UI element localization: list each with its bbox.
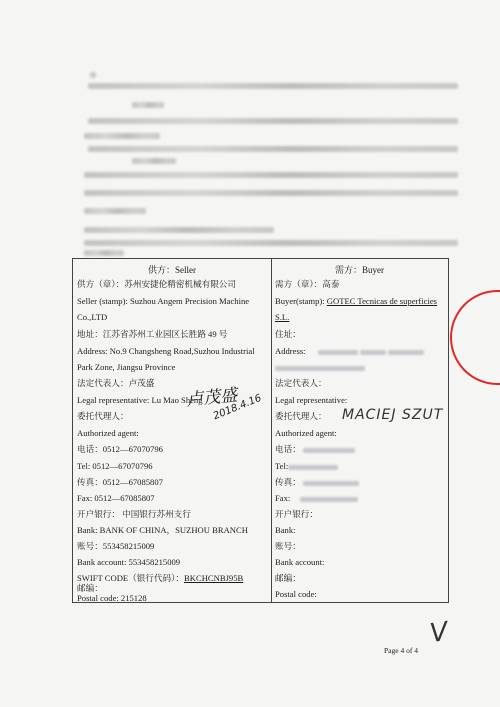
seller-address-cn: 地址：江苏省苏州工业园区长胜路 49 号 bbox=[77, 329, 227, 340]
redacted-value bbox=[300, 497, 358, 502]
seller-address-en: Address: No.9 Changsheng Road,Suzhou Ind… bbox=[77, 346, 255, 357]
buyer-agent-cn: 委托代理人： bbox=[275, 411, 327, 422]
swift-label: SWIFT CODE（银行代码）： bbox=[77, 573, 184, 583]
buyer-tel-en-label: Tel: bbox=[275, 461, 288, 471]
signature-table: 供方：Seller 供方（章）：苏州安捷伦精密机械有限公司 Seller (st… bbox=[72, 258, 449, 603]
swift-value: BKCHCNBJ95B bbox=[184, 573, 243, 583]
seller-address-en-cont: Park Zone, Jiangsu Province bbox=[77, 362, 175, 373]
seller-stamp-en: Seller (stamp): Suzhou Angem Precision M… bbox=[77, 296, 249, 307]
seller-account-cn: 账号：553458215009 bbox=[77, 541, 154, 552]
redacted-value bbox=[388, 350, 424, 355]
buyer-column: 需方：Buyer 需方（章）：高泰 Buyer(stamp): GOTEC Te… bbox=[271, 259, 448, 602]
buyer-account-cn: 账号： bbox=[275, 541, 301, 552]
seller-legal-rep-en: Legal representative: Lu Mao Sheng bbox=[77, 395, 203, 406]
buyer-account-en: Bank account: bbox=[275, 557, 324, 568]
seller-stamp-en-cont: Co.,LTD bbox=[77, 312, 107, 323]
buyer-header: 需方：Buyer bbox=[271, 263, 448, 276]
buyer-fax-en: Fax: bbox=[275, 493, 358, 504]
seller-postal-en: Postal code: 215128 bbox=[77, 593, 147, 604]
buyer-address-en: Address: bbox=[275, 346, 424, 357]
seller-fax-cn: 传真：0512—67085807 bbox=[77, 477, 163, 488]
redacted-value bbox=[318, 350, 358, 355]
buyer-tel-cn-label: 电话： bbox=[275, 444, 301, 454]
handwritten-initial: V bbox=[428, 617, 450, 649]
redacted-value bbox=[303, 448, 355, 453]
buyer-fax-en-label: Fax: bbox=[275, 493, 290, 503]
seller-bank-en: Bank: BANK OF CHINA，SUZHOU BRANCH bbox=[77, 525, 248, 536]
seller-tel-en: Tel: 0512—67070796 bbox=[77, 461, 153, 472]
buyer-bank-en: Bank: bbox=[275, 525, 296, 536]
seller-legal-rep-cn: 法定代表人：卢茂盛 bbox=[77, 378, 154, 389]
document-page: 供方：Seller 供方（章）：苏州安捷伦精密机械有限公司 Seller (st… bbox=[0, 0, 500, 707]
buyer-company-suffix: S.L. bbox=[275, 312, 289, 322]
seller-stamp-cn: 供方（章）：苏州安捷伦精密机械有限公司 bbox=[77, 279, 236, 290]
redacted-value bbox=[303, 481, 359, 486]
buyer-address-cn: 住址： bbox=[275, 329, 301, 340]
page-number: Page 4 of 4 bbox=[384, 646, 418, 655]
seller-header: 供方：Seller bbox=[73, 263, 271, 276]
buyer-tel-cn: 电话： bbox=[275, 444, 355, 455]
seller-fax-en: Fax: 0512—67085807 bbox=[77, 493, 155, 504]
buyer-fax-cn: 传真： bbox=[275, 477, 359, 488]
buyer-fax-cn-label: 传真： bbox=[275, 477, 301, 487]
seller-tel-cn: 电话：0512—67070796 bbox=[77, 444, 163, 455]
buyer-stamp-en-cont: S.L. bbox=[275, 312, 289, 323]
redacted-value bbox=[288, 465, 338, 470]
buyer-bank-cn: 开户银行： bbox=[275, 509, 318, 520]
buyer-postal-en: Postal code: bbox=[275, 589, 317, 600]
buyer-stamp-label: Buyer(stamp): bbox=[275, 296, 327, 306]
buyer-agent-en: Authorized agent: bbox=[275, 428, 337, 439]
seller-account-en: Bank account: 553458215009 bbox=[77, 557, 180, 568]
buyer-agent-handwritten-name: MACIEJ SZUT bbox=[342, 407, 443, 423]
seller-column: 供方：Seller 供方（章）：苏州安捷伦精密机械有限公司 Seller (st… bbox=[73, 259, 272, 602]
buyer-company-name: GOTEC Tecnicas de superficies bbox=[327, 296, 437, 306]
buyer-legal-rep-en: Legal representative: bbox=[275, 395, 347, 406]
company-seal-stamp: 有限公司 bbox=[450, 290, 500, 385]
buyer-legal-rep-cn: 法定代表人： bbox=[275, 378, 327, 389]
redacted-value bbox=[275, 366, 365, 371]
seller-agent-en: Authorized agent: bbox=[77, 428, 139, 439]
buyer-tel-en: Tel: bbox=[275, 461, 338, 472]
buyer-postal-cn: 邮编： bbox=[275, 573, 301, 584]
buyer-address-label: Address: bbox=[275, 346, 306, 356]
seller-agent-cn: 委托代理人： bbox=[77, 411, 129, 422]
redacted-value bbox=[360, 350, 386, 355]
buyer-stamp-en: Buyer(stamp): GOTEC Tecnicas de superfic… bbox=[275, 296, 437, 307]
seller-bank-cn: 开户银行： 中国银行苏州支行 bbox=[77, 509, 191, 520]
buyer-stamp-cn: 需方（章）：高泰 bbox=[275, 279, 339, 290]
buyer-address-cont bbox=[275, 362, 365, 373]
